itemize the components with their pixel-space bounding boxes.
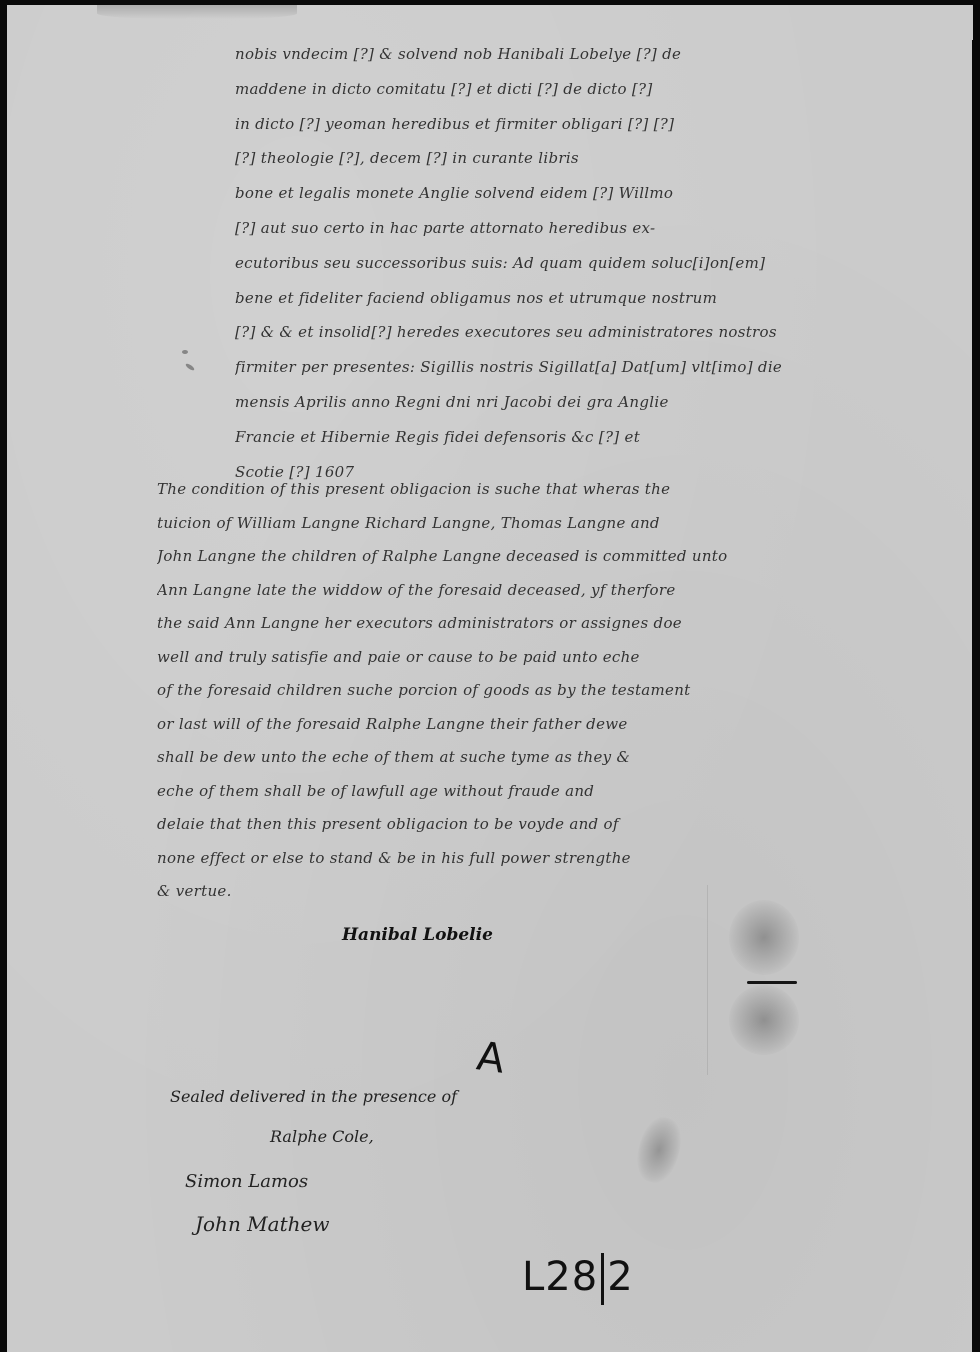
- latin-obligation-body: nobis vndecim [?] & solvend nob Hanibali…: [235, 37, 782, 489]
- text-line: in dicto [?] yeoman heredibus et firmite…: [235, 107, 782, 142]
- text-line: nobis vndecim [?] & solvend nob Hanibali…: [235, 37, 782, 72]
- signers-mark: A: [474, 1033, 508, 1082]
- text-line: [?] & & et insolid[?] heredes executores…: [235, 315, 782, 350]
- text-line: of the foresaid children suche porcion o…: [157, 674, 727, 708]
- attestation-line-2: Ralphe Cole,: [270, 1127, 374, 1146]
- text-line: The condition of this present obligacion…: [157, 473, 727, 507]
- archive-reference-number: L282: [522, 1253, 634, 1305]
- page-edge-shadow: [97, 5, 297, 19]
- text-line: & vertue.: [157, 875, 727, 909]
- text-line: [?] aut suo certo in hac parte attornato…: [235, 211, 782, 246]
- paper-speck: [182, 350, 188, 354]
- seal-impression-lower: [729, 985, 799, 1055]
- seal-impression-upper: [729, 900, 799, 975]
- paper-speck: [185, 362, 195, 371]
- text-line: bene et fideliter faciend obligamus nos …: [235, 281, 782, 316]
- witness-signature-1: Simon Lamos: [185, 1171, 308, 1192]
- text-line: shall be dew unto the eche of them at su…: [157, 741, 727, 775]
- text-line: delaie that then this present obligacion…: [157, 808, 727, 842]
- attestation-line-1: Sealed delivered in the presence of: [170, 1087, 457, 1106]
- text-line: ecutoribus seu successoribus suis: Ad qu…: [235, 246, 782, 281]
- text-line: well and truly satisfie and paie or caus…: [157, 641, 727, 675]
- text-line: none effect or else to stand & be in his…: [157, 842, 727, 876]
- obligor-signature: Hanibal Lobelie: [342, 925, 493, 945]
- manuscript-page: nobis vndecim [?] & solvend nob Hanibali…: [7, 5, 973, 1352]
- text-line: John Langne the children of Ralphe Langn…: [157, 540, 727, 574]
- text-line: eche of them shall be of lawfull age wit…: [157, 775, 727, 809]
- text-line: [?] theologie [?], decem [?] in curante …: [235, 141, 782, 176]
- reference-left: L28: [522, 1254, 598, 1300]
- ink-smudge: [631, 1113, 687, 1187]
- text-line: the said Ann Langne her executors admini…: [157, 607, 727, 641]
- text-line: Francie et Hibernie Regis fidei defensor…: [235, 420, 782, 455]
- text-line: mensis Aprilis anno Regni dni nri Jacobi…: [235, 385, 782, 420]
- text-line: firmiter per presentes: Sigillis nostris…: [235, 350, 782, 385]
- witness-signature-2: John Mathew: [195, 1212, 329, 1236]
- seal-bar-mark: [747, 981, 797, 984]
- english-condition-body: The condition of this present obligacion…: [157, 473, 727, 909]
- text-line: or last will of the foresaid Ralphe Lang…: [157, 708, 727, 742]
- scan-border-right: [972, 40, 980, 1352]
- reference-divider: [601, 1253, 604, 1305]
- reference-right: 2: [607, 1254, 633, 1300]
- text-line: bone et legalis monete Anglie solvend ei…: [235, 176, 782, 211]
- text-line: Ann Langne late the widdow of the foresa…: [157, 574, 727, 608]
- text-line: maddene in dicto comitatu [?] et dicti […: [235, 72, 782, 107]
- text-line: tuicion of William Langne Richard Langne…: [157, 507, 727, 541]
